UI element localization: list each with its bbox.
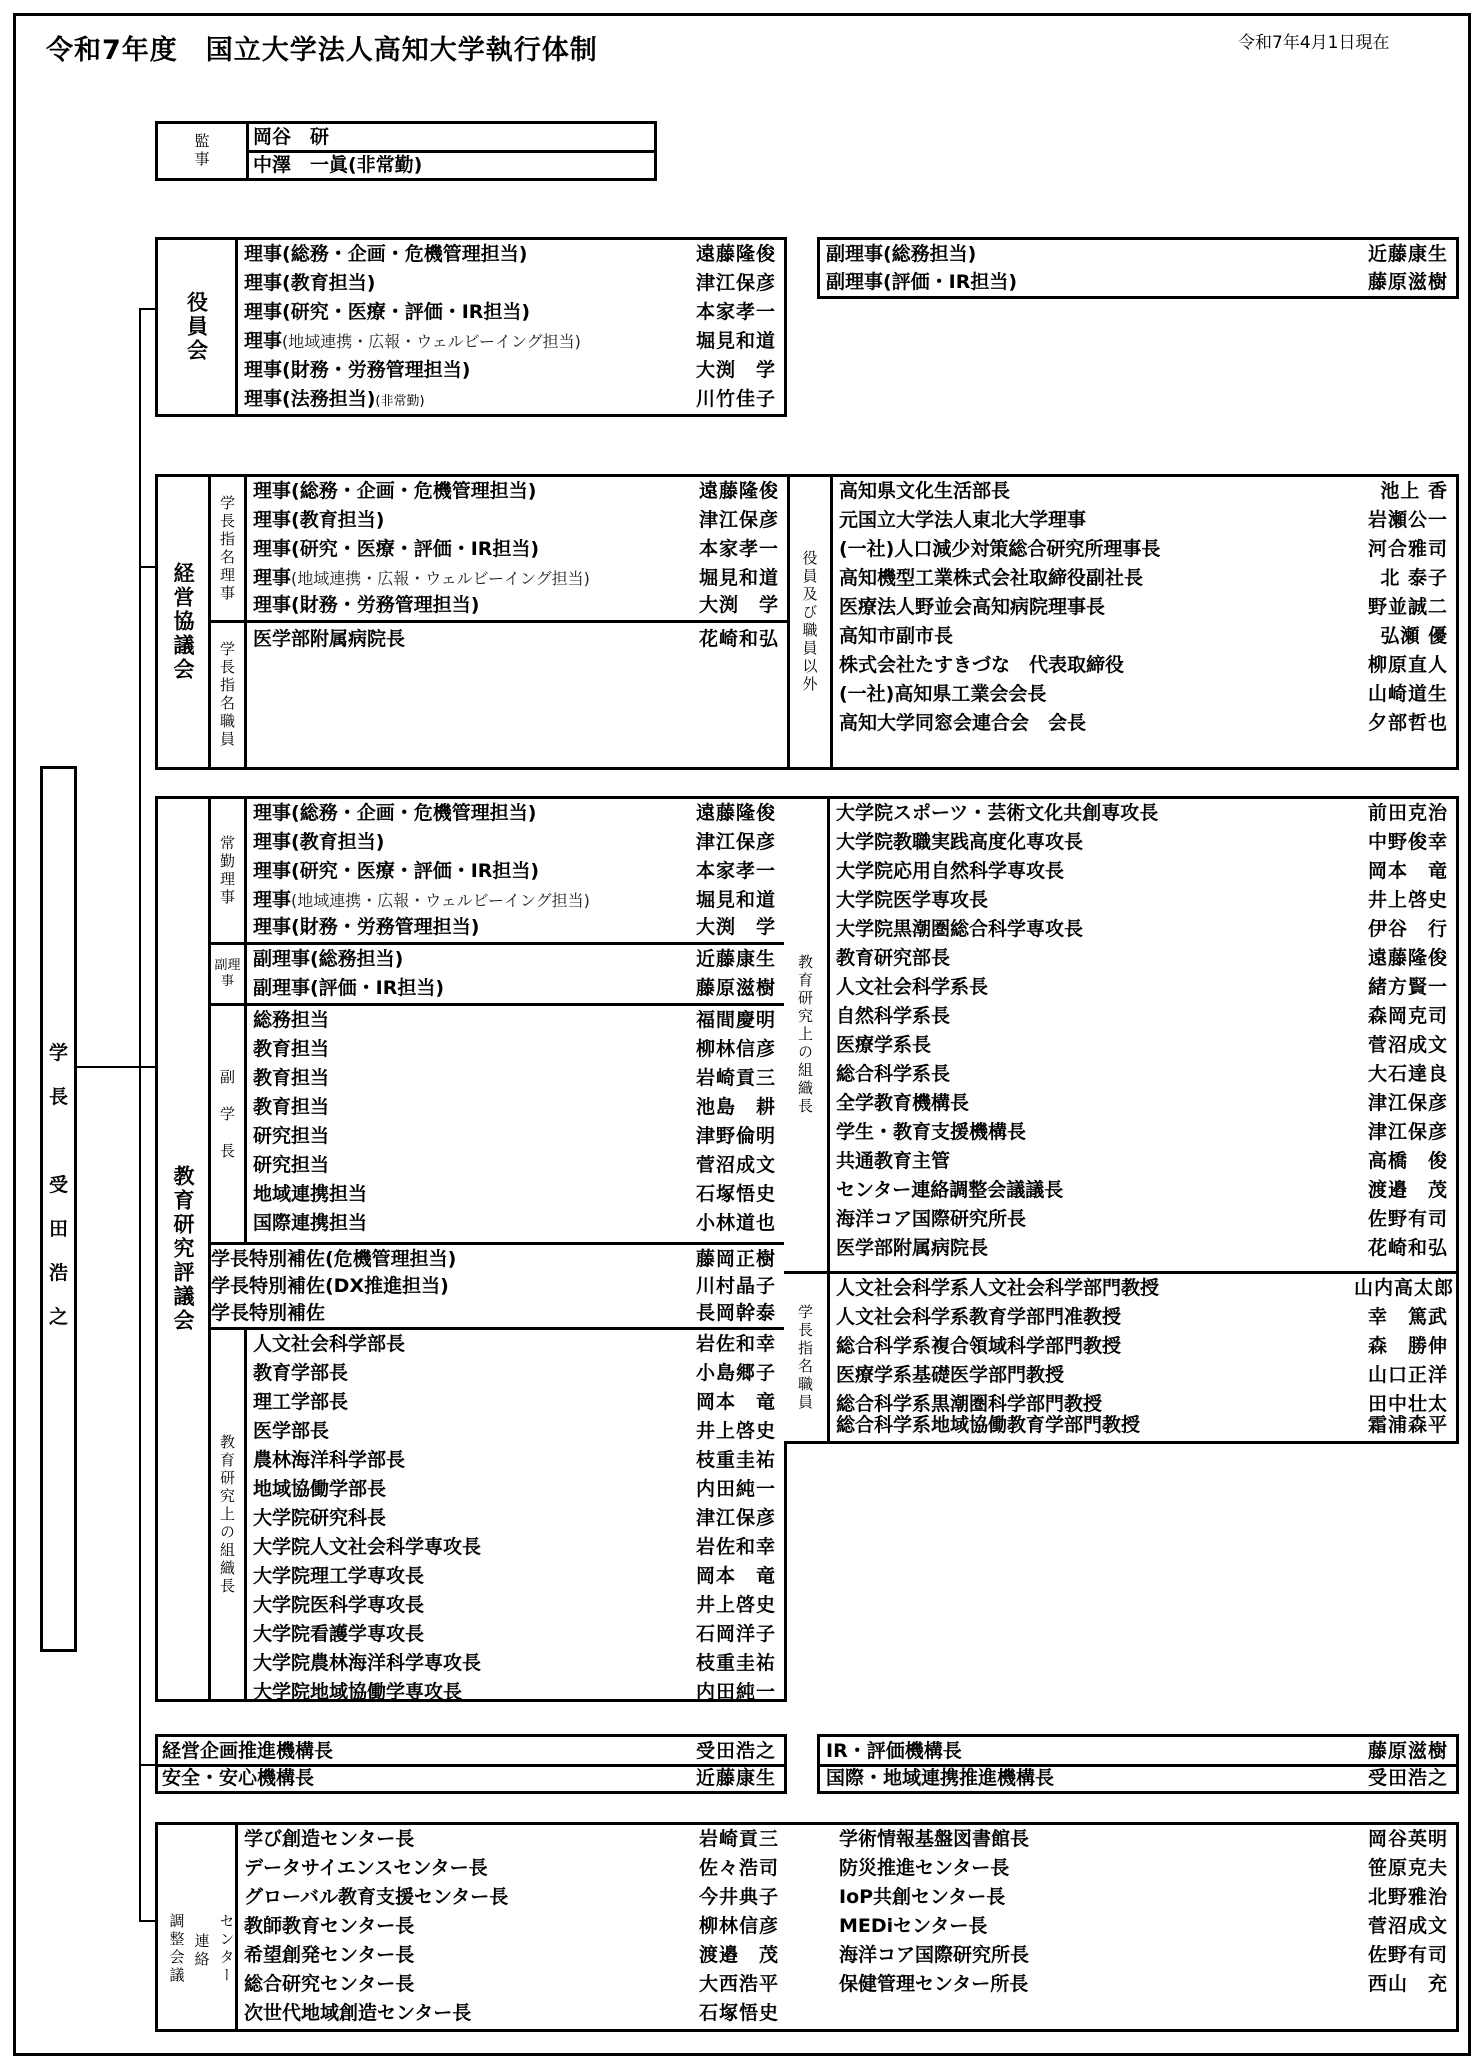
president-label: 学 長 受 田 浩 之 xyxy=(43,1031,74,1339)
list-item: 理事(教育担当)津江保彦 xyxy=(238,269,784,298)
list-item: 人文社会科学系長緒方賢一 xyxy=(830,973,1456,1002)
board-box: 役員会 理事(総務・企画・危機管理担当)遠藤隆俊 理事(教育担当)津江保彦 理事… xyxy=(155,237,787,417)
list-item: 理事(財務・労務管理担当)大渕 学 xyxy=(238,356,784,385)
auditor-2: 中澤 一眞(非常勤) xyxy=(249,152,654,178)
list-item: 大学院医科学専攻長井上啓史 xyxy=(247,1591,784,1620)
list-item: (一社)高知県工業会会長山崎道生 xyxy=(833,680,1456,709)
vice-presidents-label: 副学長 xyxy=(211,1006,244,1242)
list-item: 医学部附属病院長花崎和弘 xyxy=(247,625,787,654)
vice-directors-label: 副理事 xyxy=(211,945,244,1003)
list-item: IR・評価機構長藤原滋樹 xyxy=(820,1737,1456,1766)
appointed-professors-label: 学長指名職員 xyxy=(784,1274,827,1441)
list-item: 理事(教育担当)津江保彦 xyxy=(247,828,784,857)
list-item: データサイエンスセンター長佐々浩司 xyxy=(238,1854,787,1883)
appointed-directors-label: 学長指名理事 xyxy=(211,477,244,620)
connector-spine xyxy=(139,308,141,1920)
list-item: 研究担当津野倫明 xyxy=(247,1122,784,1151)
list-item: (一社)人口減少対策総合研究所理事長河合雅司 xyxy=(833,535,1456,564)
list-item: 総合科学系地域協働教育学部門教授霜浦森平 xyxy=(830,1411,1456,1440)
list-item: 総合科学系複合領域科学部門教授森 勝伸 xyxy=(830,1332,1456,1361)
orgs-left-box: 経営企画推進機構長受田浩之 安全・安心機構長近藤康生 xyxy=(155,1734,787,1794)
list-item: 学長特別補佐(DX推進担当)川村晶子 xyxy=(211,1272,784,1301)
list-item: 副理事(総務担当)近藤康生 xyxy=(247,945,784,974)
list-item: 農林海洋科学部長枝重圭祐 xyxy=(247,1446,784,1475)
auditors-label: 監事 xyxy=(158,124,246,178)
list-item: 副理事(評価・IR担当)藤原滋樹 xyxy=(820,268,1456,297)
management-council-label: 経営協議会 xyxy=(158,477,208,767)
list-item: 理事(研究・医療・評価・IR担当)本家孝一 xyxy=(238,298,784,327)
list-item: 大学院黒潮圏総合科学専攻長伊谷 行 xyxy=(830,915,1456,944)
list-item: 共通教育主管高橋 俊 xyxy=(830,1147,1456,1176)
list-item: 大学院教職実践高度化専攻長中野俊幸 xyxy=(830,828,1456,857)
appointed-staff-label: 学長指名職員 xyxy=(211,623,244,767)
list-item: 学生・教育支援機構長津江保彦 xyxy=(830,1118,1456,1147)
orgs-right-box: IR・評価機構長藤原滋樹 国際・地域連携推進機構長受田浩之 xyxy=(817,1734,1459,1794)
management-council-box: 経営協議会 学長指名理事 学長指名職員 理事(総務・企画・危機管理担当)遠藤隆俊… xyxy=(155,474,1459,770)
list-item: 理工学部長岡本 竜 xyxy=(247,1388,784,1417)
list-item: 地域連携担当石塚悟史 xyxy=(247,1180,784,1209)
list-item: 高知大学同窓会連合会 会長夕部哲也 xyxy=(833,709,1456,738)
list-item: 副理事(評価・IR担当)藤原滋樹 xyxy=(247,974,784,1003)
list-item: 理事(総務・企画・危機管理担当)遠藤隆俊 xyxy=(247,477,787,506)
list-item: IoP共創センター長北野雅治 xyxy=(833,1883,1456,1912)
page-title: 令和7年度 国立大学法人高知大学執行体制 xyxy=(46,28,598,67)
list-item: 医療学系基礎医学部門教授山口正洋 xyxy=(830,1361,1456,1390)
list-item: 大学院医学専攻長井上啓史 xyxy=(830,886,1456,915)
list-item: グローバル教育支援センター長今井典子 xyxy=(238,1883,787,1912)
list-item: 大学院研究科長津江保彦 xyxy=(247,1504,784,1533)
list-item: 高知市副市長弘瀬 優 xyxy=(833,622,1456,651)
list-item: 総合研究センター長大西浩平 xyxy=(238,1970,787,1999)
list-item: 国際連携担当小林道也 xyxy=(247,1209,784,1238)
list-item: 元国立大学法人東北大学理事岩瀬公一 xyxy=(833,506,1456,535)
org-heads-label: 教育研究上の組織長 xyxy=(211,1330,244,1699)
list-item: 医療法人野並会高知病院理事長野並誠二 xyxy=(833,593,1456,622)
org-heads-right-label: 教育研究上の組織長 xyxy=(784,799,827,1271)
list-item: 理事(財務・労務管理担当)大渕 学 xyxy=(247,591,787,620)
list-item: 大学院スポーツ・芸術文化共創専攻長前田克治 xyxy=(830,799,1456,828)
as-of-date: 令和7年4月1日現在 xyxy=(1238,28,1389,53)
auditors-box: 監事 岡谷 研 中澤 一眞(非常勤) xyxy=(155,121,657,181)
president-box: 学 長 受 田 浩 之 xyxy=(40,766,77,1652)
list-item: 理事(教育担当)津江保彦 xyxy=(247,506,787,535)
list-item: 教育担当柳林信彦 xyxy=(247,1035,784,1064)
list-item: 医学部附属病院長花崎和弘 xyxy=(830,1234,1456,1263)
list-item: 理事(総務・企画・危機管理担当)遠藤隆俊 xyxy=(238,240,784,269)
board-label: 役員会 xyxy=(158,240,235,414)
list-item: 理事(地域連携・広報・ウェルビーイング担当)堀見和道 xyxy=(247,886,784,915)
list-item: 研究担当菅沼成文 xyxy=(247,1151,784,1180)
list-item: 医療学系長菅沼成文 xyxy=(830,1031,1456,1060)
list-item: 理事(法務担当)(非常勤)川竹佳子 xyxy=(238,385,784,414)
list-item: 大学院看護学専攻長石岡洋子 xyxy=(247,1620,784,1649)
list-item: 理事(総務・企画・危機管理担当)遠藤隆俊 xyxy=(247,799,784,828)
list-item: 人文社会科学部長岩佐和幸 xyxy=(247,1330,784,1359)
fulltime-directors-label: 常勤理事 xyxy=(211,799,244,942)
vice-directors-box: 副理事(総務担当)近藤康生 副理事(評価・IR担当)藤原滋樹 xyxy=(817,237,1459,299)
list-item: 教育担当池島 耕 xyxy=(247,1093,784,1122)
list-item: 理事(地域連携・広報・ウェルビーイング担当)堀見和道 xyxy=(238,327,784,356)
list-item: 人文社会科学系人文社会科学部門教授山内高太郎 xyxy=(830,1274,1456,1303)
connector-president xyxy=(76,1066,157,1068)
list-item: 理事(地域連携・広報・ウェルビーイング担当)堀見和道 xyxy=(247,564,787,593)
center-council-label: センター 連絡 調整会議 xyxy=(172,1913,232,2003)
list-item: 海洋コア国際研究所長佐野有司 xyxy=(830,1205,1456,1234)
list-item: 株式会社たすきづな 代表取締役柳原直人 xyxy=(833,651,1456,680)
list-item: 経営企画推進機構長受田浩之 xyxy=(158,1737,784,1766)
list-item: 希望創発センター長渡邉 茂 xyxy=(238,1941,787,1970)
list-item: 副理事(総務担当)近藤康生 xyxy=(820,240,1456,269)
education-council-box: 教育研究評議会 常勤理事 副理事 副学長 教育研究上の組織長 理事(総務・企画・… xyxy=(155,796,787,1702)
list-item: 大学院理工学専攻長岡本 竜 xyxy=(247,1562,784,1591)
list-item: 全学教育機構長津江保彦 xyxy=(830,1089,1456,1118)
list-item: 高知機型工業株式会社取締役副社長北 泰子 xyxy=(833,564,1456,593)
auditor-1: 岡谷 研 xyxy=(249,124,654,151)
list-item: 次世代地域創造センター長石塚悟史 xyxy=(238,1999,787,2028)
list-item: 教師教育センター長柳林信彦 xyxy=(238,1912,787,1941)
list-item: 人文社会科学系教育学部門准教授幸 篤武 xyxy=(830,1303,1456,1332)
list-item: 地域協働学部長内田純一 xyxy=(247,1475,784,1504)
center-council-box: センター 連絡 調整会議 学び創造センター長岩崎貢三 データサイエンスセンター長… xyxy=(155,1822,1459,2032)
list-item: 教育担当岩崎貢三 xyxy=(247,1064,784,1093)
list-item: センター連絡調整会議議長渡邉 茂 xyxy=(830,1176,1456,1205)
list-item: MEDiセンター長菅沼成文 xyxy=(833,1912,1456,1941)
education-council-label: 教育研究評議会 xyxy=(158,799,208,1699)
list-item: 安全・安心機構長近藤康生 xyxy=(158,1764,784,1793)
list-item: 大学院農林海洋科学専攻長枝重圭祐 xyxy=(247,1649,784,1678)
list-item: 医学部長井上啓史 xyxy=(247,1417,784,1446)
list-item: 学長特別補佐長岡幹泰 xyxy=(211,1299,784,1328)
list-item: 海洋コア国際研究所長佐野有司 xyxy=(833,1941,1456,1970)
list-item: 大学院応用自然科学専攻長岡本 竜 xyxy=(830,857,1456,886)
list-item: 大学院人文社会科学専攻長岩佐和幸 xyxy=(247,1533,784,1562)
list-item: 学長特別補佐(危機管理担当)藤岡正樹 xyxy=(211,1245,784,1274)
list-item: 教育学部長小島郷子 xyxy=(247,1359,784,1388)
list-item: 学び創造センター長岩崎貢三 xyxy=(238,1825,787,1854)
list-item: 理事(財務・労務管理担当)大渕 学 xyxy=(247,913,784,942)
list-item: 防災推進センター長笹原克夫 xyxy=(833,1854,1456,1883)
list-item: 総合科学系長大石達良 xyxy=(830,1060,1456,1089)
list-item: 高知県文化生活部長池上 香 xyxy=(833,477,1456,506)
list-item: 理事(研究・医療・評価・IR担当)本家孝一 xyxy=(247,535,787,564)
list-item: 理事(研究・医療・評価・IR担当)本家孝一 xyxy=(247,857,784,886)
external-members-label: 役員及び職員以外 xyxy=(790,477,830,767)
list-item: 学術情報基盤図書館長岡谷英明 xyxy=(833,1825,1456,1854)
list-item: 大学院地域協働学専攻長内田純一 xyxy=(247,1678,784,1707)
list-item: 総務担当福間慶明 xyxy=(247,1006,784,1035)
list-item: 国際・地域連携推進機構長受田浩之 xyxy=(820,1764,1456,1793)
list-item: 自然科学系長森岡克司 xyxy=(830,1002,1456,1031)
education-council-right-box: 教育研究上の組織長 学長指名職員 大学院スポーツ・芸術文化共創専攻長前田克治 大… xyxy=(784,796,1459,1444)
list-item: 保健管理センター所長西山 充 xyxy=(833,1970,1456,1999)
list-item: 教育研究部長遠藤隆俊 xyxy=(830,944,1456,973)
